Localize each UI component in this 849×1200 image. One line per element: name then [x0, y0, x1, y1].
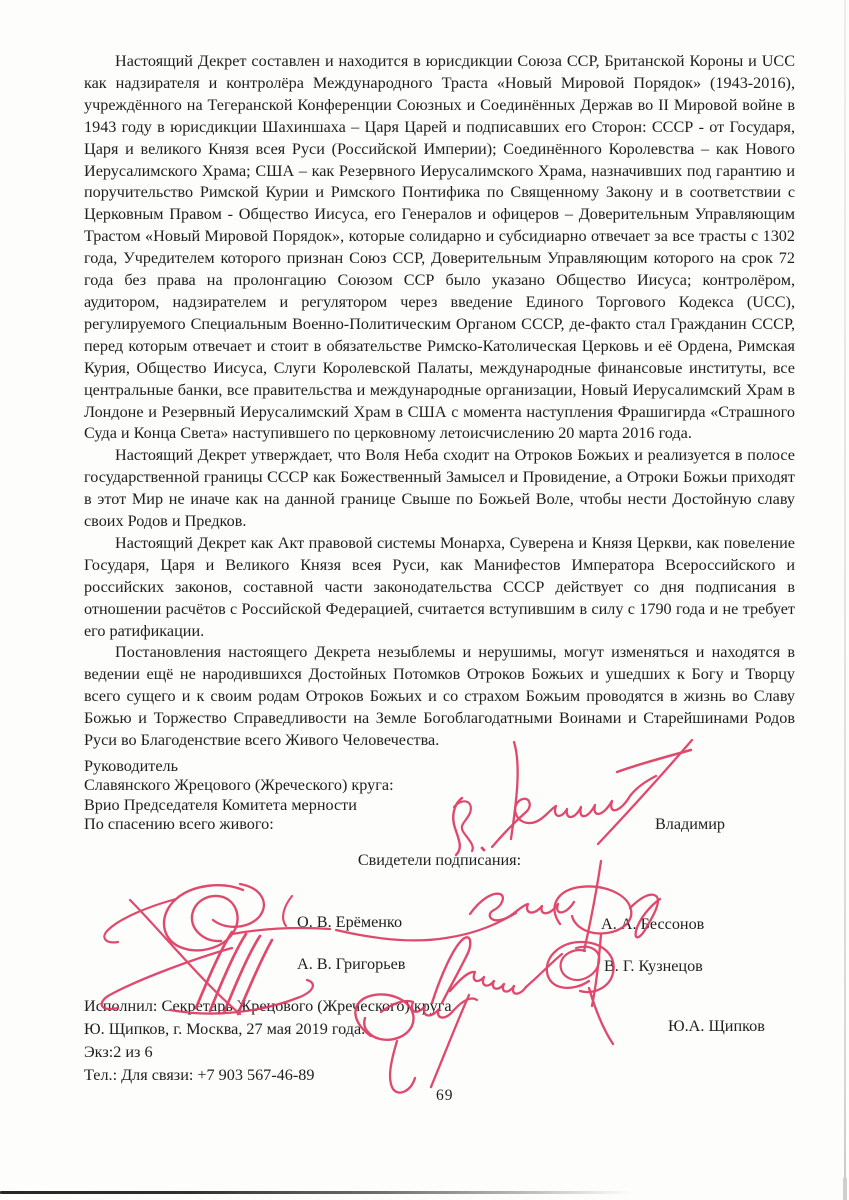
witnesses-heading: Свидетели подписания: [84, 851, 795, 870]
executor-line: Исполнил: Секретарь Жрецового (Жреческог… [84, 995, 452, 1018]
decree-paragraph-1: Настоящий Декрет составлен и находится в… [84, 51, 795, 445]
decree-paragraph-3: Настоящий Декрет как Акт правовой систем… [84, 533, 795, 643]
scan-artifact-corner-smudge [843, 1178, 847, 1200]
scan-artifact-bottom-line [0, 1191, 630, 1194]
scanned-decree-page: Настоящий Декрет составлен и находится в… [0, 0, 849, 1200]
vladimir-signature-ink [453, 740, 692, 855]
scan-artifact-right-edge [844, 0, 846, 1200]
leader-title-line: Врио Председателя Комитета мерности [84, 796, 394, 815]
leader-title-line: По спасению всего живого: [84, 815, 394, 834]
decree-paragraph-4: Постановления настоящего Декрета незыбле… [84, 642, 795, 752]
leader-title-line: Славянского Жрецового (Жреческого) круга… [84, 776, 394, 795]
witness-name-eremenko: О. В. Ерёменко [297, 913, 402, 932]
bessonov-signature-ink [470, 861, 660, 951]
executor-line: Тел.: Для связи: +7 903 567-46-89 [84, 1064, 452, 1087]
kuznetsov-signature-ink [432, 934, 614, 1044]
decree-body-text: Настоящий Декрет составлен и находится в… [84, 51, 795, 752]
decree-paragraph-2: Настоящий Декрет утверждает, что Воля Не… [84, 445, 795, 533]
witness-name-bessonov: А. А. Бессонов [601, 915, 704, 934]
witness-name-kuznetsov: В. Г. Кузнецов [604, 957, 703, 976]
leader-signature-block: Руководитель Славянского Жрецового (Жреч… [84, 757, 394, 835]
leader-title-line: Руководитель [84, 757, 394, 776]
executor-block: Исполнил: Секретарь Жрецового (Жреческог… [84, 995, 452, 1087]
executor-name: Ю.А. Щипков [668, 1017, 765, 1036]
page-number: 69 [436, 1087, 454, 1105]
executor-line: Ю. Щипков, г. Москва, 27 мая 2019 года. [84, 1018, 452, 1041]
executor-line: Экз:2 из 6 [84, 1041, 452, 1064]
signer-name: Владимир [655, 815, 725, 834]
witness-name-grigoriev: А. В. Григорьев [297, 955, 405, 974]
